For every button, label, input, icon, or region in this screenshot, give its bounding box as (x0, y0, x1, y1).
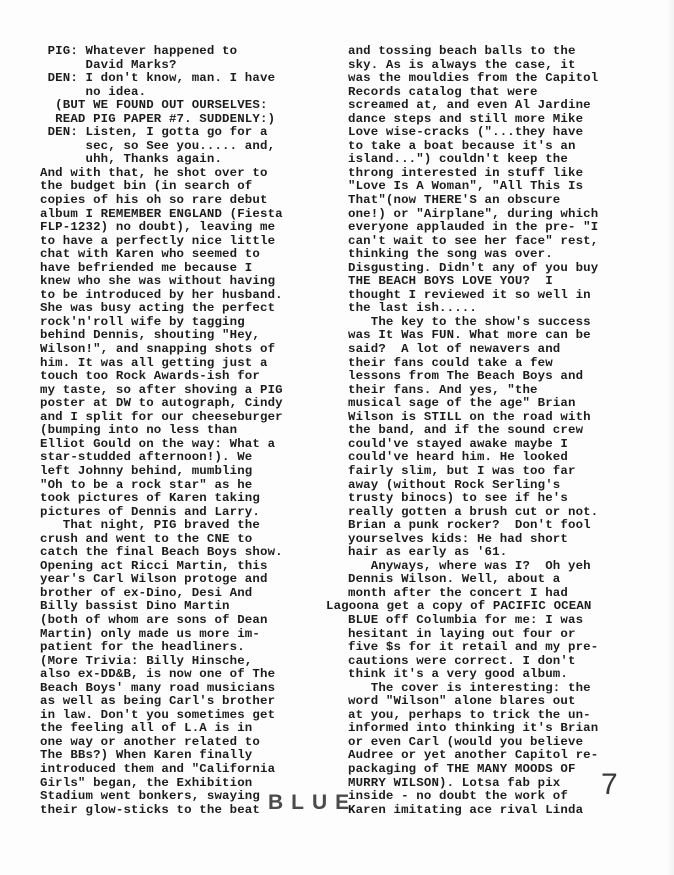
text-line: their fans. And yes, "the (348, 384, 598, 398)
text-line: thinking the song was over. (348, 248, 598, 262)
text-line: THE BEACH BOYS LOVE YOU? I (348, 275, 598, 289)
text-line: star-studded afternoon!). We (40, 451, 283, 465)
text-line: hair as early as '61. (348, 546, 598, 560)
text-line: five $s for it retail and my pre- (348, 641, 598, 655)
text-line: to be introduced by her husband. (40, 289, 283, 303)
text-line: Disgusting. Didn't any of you buy (348, 262, 598, 276)
text-line: patient for the headliners. (40, 641, 283, 655)
text-line: Wilson is STILL on the road with (348, 411, 598, 425)
text-line: as well as being Carl's brother (40, 695, 283, 709)
text-line: That"(now THERE'S an obscure (348, 194, 598, 208)
text-line: touch too Rock Awards-ish for (40, 370, 283, 384)
text-line: their fans could take a few (348, 357, 598, 371)
text-line: And with that, he shot over to (40, 167, 283, 181)
text-line: introduced them and "California (40, 763, 283, 777)
text-line: can't wait to see her face" rest, (348, 235, 598, 249)
text-line: Girls" began, the Exhibition (40, 777, 283, 791)
text-line: Opening act Ricci Martin, this (40, 560, 283, 574)
text-line: uhh, Thanks again. (40, 153, 283, 167)
text-line: said? A lot of newavers and (348, 343, 598, 357)
text-line: hesitant in laying out four or (348, 628, 598, 642)
text-line: Brian a punk rocker? Don't fool (348, 519, 598, 533)
text-line: one!) or "Airplane", during which (348, 208, 598, 222)
text-line: Dennis Wilson. Well, about a (348, 573, 598, 587)
text-line: was It Was FUN. What more can be (348, 329, 598, 343)
text-line: was the mouldies from the Capitol (348, 72, 598, 86)
text-line: The BBs?) When Karen finally (40, 749, 283, 763)
text-line: lessons from The Beach Boys and (348, 370, 598, 384)
footer-title: BLUE (268, 791, 357, 815)
text-line: brother of ex-Dino, Desi And (40, 587, 283, 601)
text-line: catch the final Beach Boys show. (40, 546, 283, 560)
text-line: word "Wilson" alone blares out (348, 695, 598, 709)
text-line: copies of his oh so rare debut (40, 194, 283, 208)
right-text-column: and tossing beach balls to thesky. As is… (348, 45, 598, 817)
text-line: him. It was all getting just a (40, 357, 283, 371)
text-line: PIG: Whatever happened to (40, 45, 283, 59)
text-line: Lagoona get a copy of PACIFIC OCEAN (326, 600, 598, 614)
text-line: Billy bassist Dino Martin (40, 600, 283, 614)
text-line: the feeling all of L.A is in (40, 722, 283, 736)
text-line: dance steps and still more Mike (348, 113, 598, 127)
page-edge-shadow (666, 0, 674, 875)
text-line: to have a perfectly nice little (40, 235, 283, 249)
text-line: month after the concert I had (348, 587, 598, 601)
text-line: really gotten a brush cut or not. (348, 506, 598, 520)
text-line: (More Trivia: Billy Hinsche, (40, 655, 283, 669)
text-line: READ PIG PAPER #7. SUDDENLY:) (40, 113, 283, 127)
text-line: everyone applauded in the pre- "I (348, 221, 598, 235)
text-line: That night, PIG braved the (40, 519, 283, 533)
text-line: the band, and if the sound crew (348, 424, 598, 438)
text-line: could've stayed awake maybe I (348, 438, 598, 452)
text-line: chat with Karen who seemed to (40, 248, 283, 262)
text-line: trusty binocs) to see if he's (348, 492, 598, 506)
text-line: the budget bin (in search of (40, 180, 283, 194)
text-line: behind Dennis, shouting "Hey, (40, 329, 283, 343)
text-line: musical sage of the age" Brian (348, 397, 598, 411)
text-line: album I REMEMBER ENGLAND (Fiesta (40, 208, 283, 222)
text-line: fairly slim, but I was too far (348, 465, 598, 479)
text-line: "Love Is A Woman", "All This Is (348, 180, 598, 194)
text-line: left Johnny behind, mumbling (40, 465, 283, 479)
text-line: Anyways, where was I? Oh yeh (348, 560, 598, 574)
text-line: yourselves kids: He had short (348, 533, 598, 547)
text-line: or even Carl (would you believe (348, 736, 598, 750)
text-line: at you, perhaps to trick the un- (348, 709, 598, 723)
text-line: David Marks? (40, 59, 283, 73)
text-line: away (without Rock Serling's (348, 479, 598, 493)
text-line: FLP-1232) no doubt), leaving me (40, 221, 283, 235)
text-line: Audree or yet another Capitol re- (348, 749, 598, 763)
text-line: inside - no doubt the work of (348, 790, 598, 804)
text-line: island...") couldn't keep the (348, 153, 598, 167)
text-line: knew who she was without having (40, 275, 283, 289)
text-line: one way or another related to (40, 736, 283, 750)
text-line: informed into thinking it's Brian (348, 722, 598, 736)
left-text-column: PIG: Whatever happened to David Marks? D… (40, 45, 283, 817)
text-line: in law. Don't you sometimes get (40, 709, 283, 723)
text-line: screamed at, and even Al Jardine (348, 99, 598, 113)
text-line: thought I reviewed it so well in (348, 289, 598, 303)
text-line: Beach Boys' many road musicians (40, 682, 283, 696)
text-line: (BUT WE FOUND OUT OURSELVES: (40, 99, 283, 113)
text-line: sky. As is always the case, it (348, 59, 598, 73)
text-line: packaging of THE MANY MOODS OF (348, 763, 598, 777)
text-line: pictures of Dennis and Larry. (40, 506, 283, 520)
text-line: Stadium went bonkers, swaying (40, 790, 283, 804)
text-line: (bumping into no less than (40, 424, 283, 438)
text-line: Karen imitating ace rival Linda (348, 804, 598, 818)
text-line: the last ish..... (348, 302, 598, 316)
text-line: Elliot Gould on the way: What a (40, 438, 283, 452)
text-line: The key to the show's success (348, 316, 598, 330)
page-number: 7 (601, 768, 618, 802)
text-line: think it's a very good album. (348, 668, 598, 682)
text-line: "Oh to be a rock star" as he (40, 479, 283, 493)
text-line: sec, so See you..... and, (40, 140, 283, 154)
text-line: no idea. (40, 86, 283, 100)
text-line: The cover is interesting: the (348, 682, 598, 696)
text-line: and tossing beach balls to the (348, 45, 598, 59)
text-line: could've heard him. He looked (348, 451, 598, 465)
text-line: throng interested in stuff like (348, 167, 598, 181)
text-line: year's Carl Wilson protoge and (40, 573, 283, 587)
text-line: and I split for our cheeseburger (40, 411, 283, 425)
text-line: DEN: Listen, I gotta go for a (40, 126, 283, 140)
text-line: to take a boat because it's an (348, 140, 598, 154)
text-line: their glow-sticks to the beat (40, 804, 283, 818)
text-line: have befriended me because I (40, 262, 283, 276)
text-line: poster at DW to autograph, Cindy (40, 397, 283, 411)
text-line: Records catalog that were (348, 86, 598, 100)
text-line: also ex-DD&B, is now one of The (40, 668, 283, 682)
text-line: my taste, so after shoving a PIG (40, 384, 283, 398)
text-line: Wilson!", and snapping shots of (40, 343, 283, 357)
text-line: Martin) only made us more im- (40, 628, 283, 642)
text-line: crush and went to the CNE to (40, 533, 283, 547)
text-line: Love wise-cracks ("...they have (348, 126, 598, 140)
text-line: cautions were correct. I don't (348, 655, 598, 669)
text-line: (both of whom are sons of Dean (40, 614, 283, 628)
text-line: BLUE off Columbia for me: I was (348, 614, 598, 628)
text-line: took pictures of Karen taking (40, 492, 283, 506)
text-line: She was busy acting the perfect (40, 302, 283, 316)
text-line: MURRY WILSON). Lotsa fab pix (348, 777, 598, 791)
text-line: rock'n'roll wife by tagging (40, 316, 283, 330)
text-line: DEN: I don't know, man. I have (40, 72, 283, 86)
